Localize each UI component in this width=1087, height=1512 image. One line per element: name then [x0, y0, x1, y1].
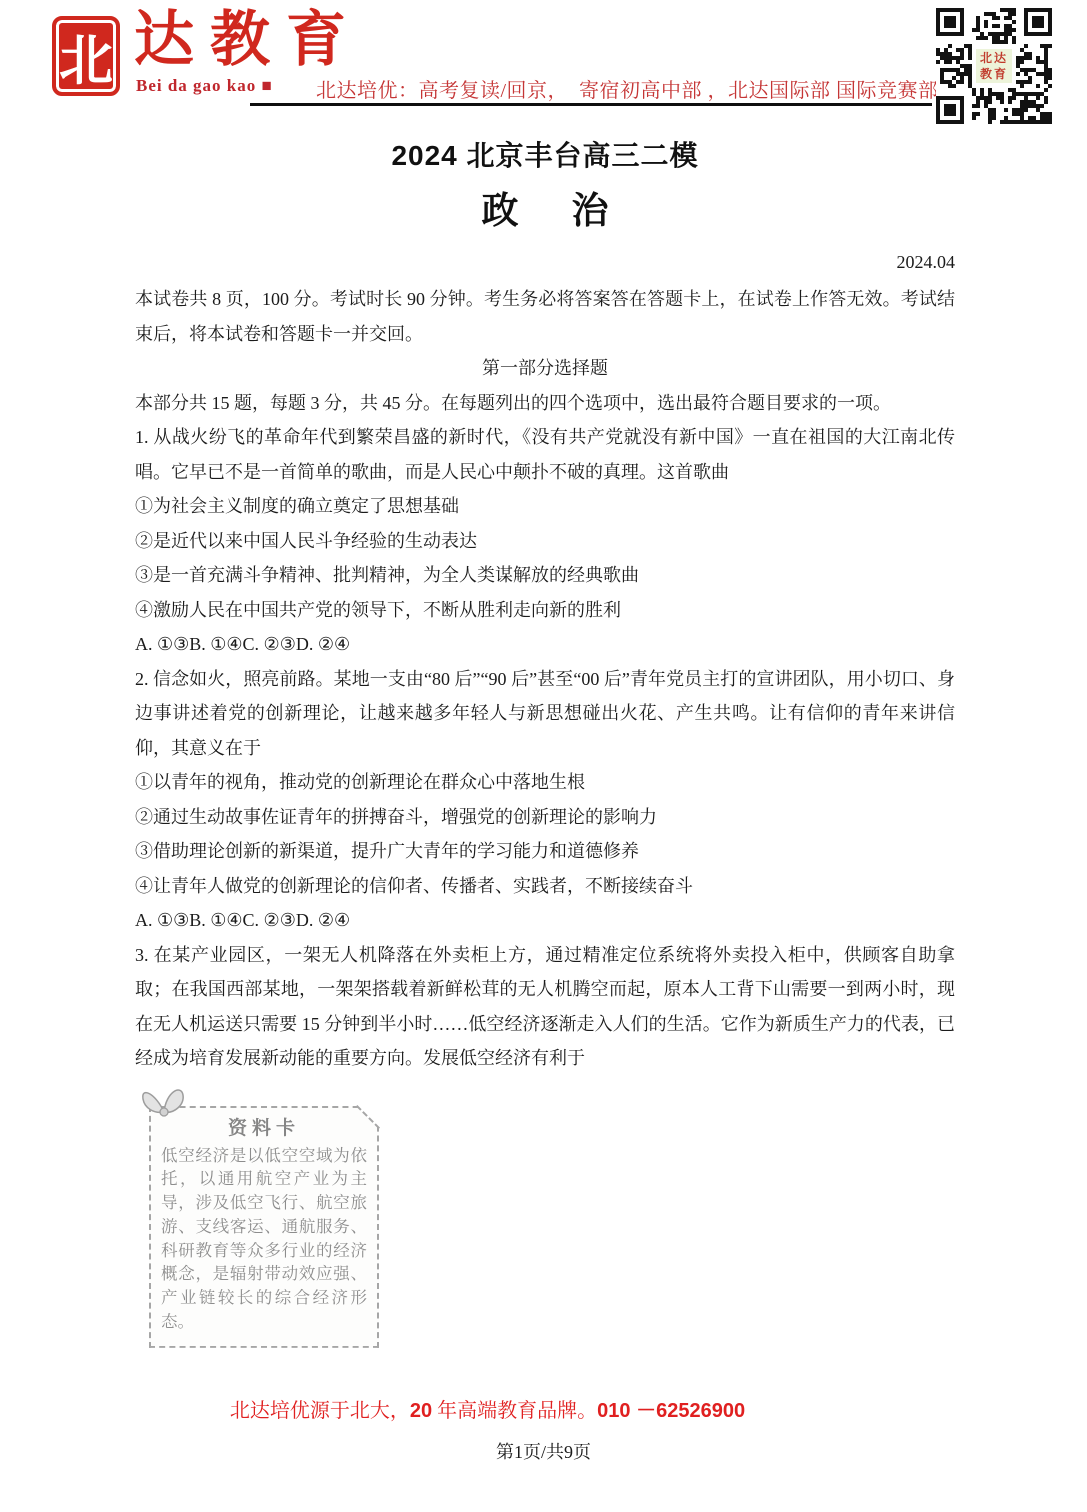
- info-card: 资料卡 低空经济是以低空空域为依托，以通用航空产业为主导，涉及低空飞行、航空旅游…: [149, 1106, 379, 1348]
- answer-choices-line: A. ①③B. ①④C. ②③D. ②④: [135, 627, 955, 662]
- promo-text: 北达培优源于北大，: [230, 1400, 410, 1422]
- exam-date: 2024.04: [135, 250, 955, 274]
- exam-paper-page: 北 达教育 Bei da gao kao ■ 北达培优：高考复读/回京， 寄宿初…: [0, 0, 1087, 1512]
- brand-seal-logo: 北: [52, 16, 120, 96]
- question-3: 3. 在某产业园区，一架无人机降落在外卖柜上方，通过精准定位系统将外卖投入柜中，…: [135, 938, 955, 1076]
- question-option: ①为社会主义制度的确立奠定了思想基础: [135, 489, 955, 524]
- footer-promo: 北达培优源于北大，20 年高端教育品牌。010 －62526900: [0, 1398, 1031, 1424]
- question-option: ③借助理论创新的新渠道，提升广大青年的学习能力和道德修养: [135, 834, 955, 869]
- question-1: 1. 从战火纷飞的革命年代到繁荣昌盛的新时代，《没有共产党就没有新中国》一直在祖…: [135, 420, 955, 662]
- question-2: 2. 信念如火，照亮前路。某地一支由“80 后”“90 后”甚至“00 后”青年…: [135, 662, 955, 938]
- section-title: 第一部分选择题: [135, 351, 955, 386]
- answer-choices-line: A. ①③B. ①④C. ②③D. ②④: [135, 903, 955, 938]
- bow-ribbon-icon: [135, 1076, 193, 1126]
- qr-center-label: 北达教育: [976, 49, 1012, 83]
- question-stem: 1. 从战火纷飞的革命年代到繁荣昌盛的新时代，《没有共产党就没有新中国》一直在祖…: [135, 420, 955, 489]
- question-option: ④激励人民在中国共产党的领导下，不断从胜利走向新的胜利: [135, 593, 955, 628]
- subject-title: 政治: [135, 186, 955, 244]
- question-option: ②是近代以来中国人民斗争经验的生动表达: [135, 524, 955, 559]
- section-description: 本部分共 15 题，每题 3 分，共 45 分。在每题列出的四个选项中，选出最符…: [135, 386, 955, 421]
- paper-content: 2024 北京丰台高三二模 政治 2024.04 本试卷共 8 页，100 分。…: [135, 0, 955, 1348]
- question-stem: 2. 信念如火，照亮前路。某地一支由“80 后”“90 后”甚至“00 后”青年…: [135, 662, 955, 766]
- promo-text: 年高端教育品牌。: [432, 1400, 597, 1422]
- subject-title-text: 政治: [482, 186, 662, 236]
- question-stem: 3. 在某产业园区，一架无人机降落在外卖柜上方，通过精准定位系统将外卖投入柜中，…: [135, 938, 955, 1076]
- question-option: ②通过生动故事佐证青年的拼搏奋斗，增强党的创新理论的影响力: [135, 800, 955, 835]
- seal-character: 北: [59, 18, 113, 95]
- promo-phone: 010 －62526900: [597, 1400, 745, 1422]
- promo-years: 20: [410, 1400, 432, 1422]
- question-option: ④让青年人做党的创新理论的信仰者、传播者、实践者，不断接续奋斗: [135, 869, 955, 904]
- question-option: ③是一首充满斗争精神、批判精神，为全人类谋解放的经典歌曲: [135, 558, 955, 593]
- page-indicator: 第1页/共9页: [0, 1440, 1087, 1464]
- question-option: ①以青年的视角，推动党的创新理论在群众心中落地生根: [135, 765, 955, 800]
- exam-instructions: 本试卷共 8 页，100 分。考试时长 90 分钟。考生务必将答案答在答题卡上，…: [135, 282, 955, 351]
- info-card-box: 资料卡 低空经济是以低空空域为依托，以通用航空产业为主导，涉及低空飞行、航空旅游…: [149, 1106, 379, 1348]
- paper-title: 2024 北京丰台高三二模: [135, 136, 955, 176]
- info-card-body: 低空经济是以低空空域为依托，以通用航空产业为主导，涉及低空飞行、航空旅游、支线客…: [161, 1144, 367, 1334]
